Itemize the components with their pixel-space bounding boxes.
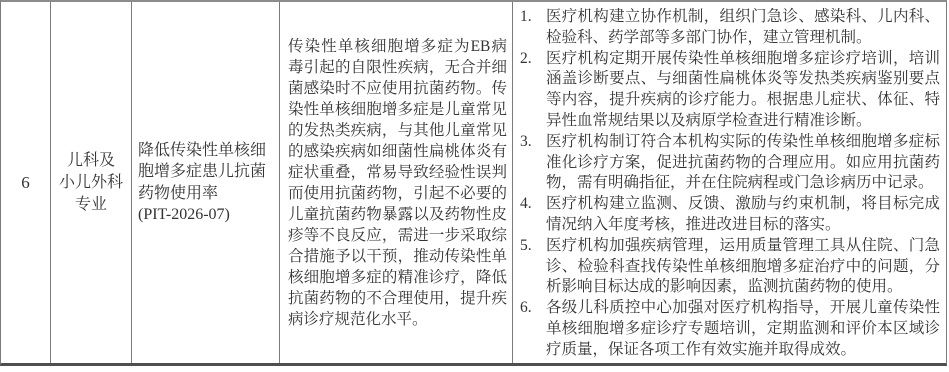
measure-text: 各级儿科质控中心加强对医疗机构指导，开展儿童传染性单核细胞增多症诊疗专题培训，定…: [546, 298, 940, 360]
row-number: 6: [21, 173, 30, 193]
specialty-cell: 儿科及 小儿外科 专业: [50, 2, 131, 363]
measure-number: 1.: [520, 7, 546, 49]
measure-number: 6.: [520, 298, 546, 360]
measure-text: 医疗机构定期开展传染性单核细胞增多症诊疗培训，培训涵盖诊断要点、与细菌性扁桃体炎…: [546, 49, 940, 132]
measure-text: 医疗机构建立协作机制，组织门急诊、感染科、儿内科、检验科、药学部等多部门协作，建…: [546, 7, 940, 49]
quality-improvement-target-table-row: 6 儿科及 小儿外科 专业 降低传染性单核细胞增多症患儿抗菌药物使用率 (PIT…: [0, 0, 947, 366]
measure-text: 医疗机构加强疾病管理，运用质量管理工具从住院、门急诊、检验科查找传染性单核细胞增…: [546, 236, 940, 298]
row-number-cell: 6: [1, 2, 50, 363]
measure-number: 4.: [520, 194, 546, 236]
improvement-target-title: 降低传染性单核细胞增多症患儿抗菌药物使用率 (PIT-2026-07): [138, 140, 273, 226]
measure-item: 6.各级儿科质控中心加强对医疗机构指导，开展儿童传染性单核细胞增多症诊疗专题培训…: [520, 298, 940, 360]
core-measures-cell: 1.医疗机构建立协作机制，组织门急诊、感染科、儿内科、检验科、药学部等多部门协作…: [512, 2, 946, 363]
target-description-text: 传染性单核细胞增多症为EB病毒引起的自限性疾病，无合并细菌感染时不应使用抗菌药物…: [288, 36, 507, 330]
measure-number: 3.: [520, 132, 546, 194]
improvement-target-cell: 降低传染性单核细胞增多症患儿抗菌药物使用率 (PIT-2026-07): [131, 2, 279, 363]
measure-item: 3.医疗机构制订符合本机构实际的传染性单核细胞增多症标准化诊疗方案，促进抗菌药物…: [520, 132, 940, 194]
measure-item: 1.医疗机构建立协作机制，组织门急诊、感染科、儿内科、检验科、药学部等多部门协作…: [520, 7, 940, 49]
measure-number: 5.: [520, 236, 546, 298]
measure-item: 4.医疗机构建立监测、反馈、激励与约束机制，将目标完成情况纳入年度考核，推进改进…: [520, 194, 940, 236]
measure-number: 2.: [520, 49, 546, 132]
measure-text: 医疗机构建立监测、反馈、激励与约束机制，将目标完成情况纳入年度考核，推进改进目标…: [546, 194, 940, 236]
measure-item: 5.医疗机构加强疾病管理，运用质量管理工具从住院、门急诊、检验科查找传染性单核细…: [520, 236, 940, 298]
measure-text: 医疗机构制订符合本机构实际的传染性单核细胞增多症标准化诊疗方案，促进抗菌药物的合…: [546, 132, 940, 194]
specialty-label: 儿科及 小儿外科 专业: [59, 150, 123, 216]
measure-item: 2.医疗机构定期开展传染性单核细胞增多症诊疗培训，培训涵盖诊断要点、与细菌性扁桃…: [520, 49, 940, 132]
target-description-cell: 传染性单核细胞增多症为EB病毒引起的自限性疾病，无合并细菌感染时不应使用抗菌药物…: [279, 2, 512, 363]
